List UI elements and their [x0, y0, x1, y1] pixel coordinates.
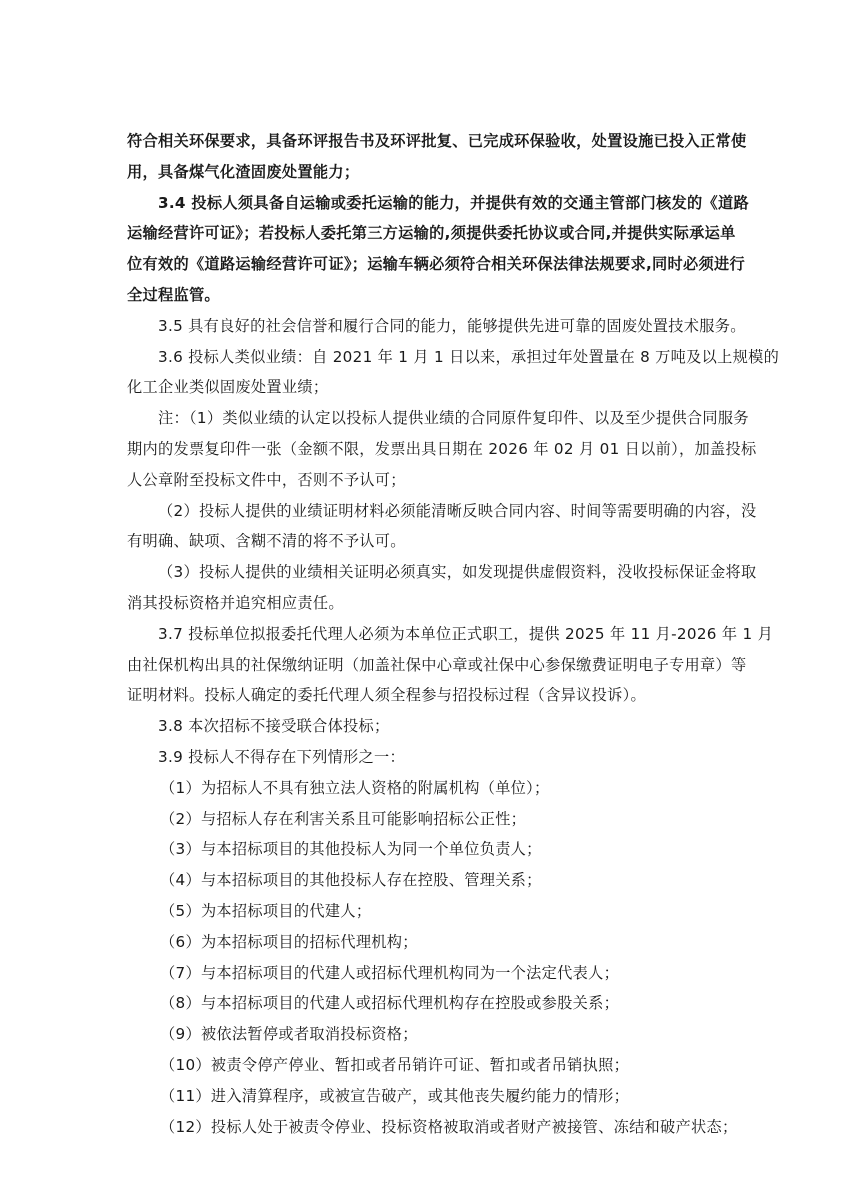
clause-3-5: 3.5 具有良好的社会信誉和履行合同的能力，能够提供先进可靠的固废处置技术服务。: [127, 311, 725, 342]
list-item: （4）与本招标项目的其他投标人存在控股、管理关系；: [127, 865, 725, 896]
text-line: 全过程监管。: [127, 280, 725, 311]
list-item: （9）被依法暂停或者取消投标资格；: [127, 1019, 725, 1050]
text-line: 位有效的《道路运输经营许可证》；运输车辆必须符合相关环保法律法规要求,同时必须进…: [127, 249, 725, 280]
text-line: 证明材料。投标人确定的委托代理人须全程参与招投标过程（含异议投诉）。: [127, 680, 725, 711]
document-page: 符合相关环保要求，具备环评报告书及环评批复、已完成环保验收，处置设施已投入正常使…: [127, 126, 725, 1142]
note-1: 注：（1）类似业绩的认定以投标人提供业绩的合同原件复印件、以及至少提供合同服务: [127, 403, 725, 434]
list-item: （2）与招标人存在利害关系且可能影响招标公正性；: [127, 804, 725, 835]
text-line: 符合相关环保要求，具备环评报告书及环评批复、已完成环保验收，处置设施已投入正常使: [127, 126, 725, 157]
clause-3-6: 3.6 投标人类似业绩：自 2021 年 1 月 1 日以来，承担过年处置量在 …: [127, 342, 725, 373]
text-line: 用，具备煤气化渣固废处置能力；: [127, 157, 725, 188]
list-item: （6）为本招标项目的招标代理机构；: [127, 927, 725, 958]
text-line: 有明确、缺项、含糊不清的将不予认可。: [127, 526, 725, 557]
text-line: 人公章附至投标文件中，否则不予认可；: [127, 465, 725, 496]
note-3: （3）投标人提供的业绩相关证明必须真实，如发现提供虚假资料，没收投标保证金将取: [127, 557, 725, 588]
text-line: 消其投标资格并追究相应责任。: [127, 588, 725, 619]
text-line: 由社保机构出具的社保缴纳证明（加盖社保中心章或社保中心参保缴费证明电子专用章）等: [127, 650, 725, 681]
clause-3-4: 3.4 投标人须具备自运输或委托运输的能力，并提供有效的交通主管部门核发的《道路: [127, 188, 725, 219]
note-2: （2）投标人提供的业绩证明材料必须能清晰反映合同内容、时间等需要明确的内容，没: [127, 496, 725, 527]
text-line: 化工企业类似固废处置业绩；: [127, 372, 725, 403]
clause-3-8: 3.8 本次招标不接受联合体投标；: [127, 711, 725, 742]
clause-3-9: 3.9 投标人不得存在下列情形之一：: [127, 742, 725, 773]
clause-3-7: 3.7 投标单位拟报委托代理人必须为本单位正式职工，提供 2025 年 11 月…: [127, 619, 725, 650]
text-line: 期内的发票复印件一张（金额不限，发票出具日期在 2026 年 02 月 01 日…: [127, 434, 725, 465]
list-item: （3）与本招标项目的其他投标人为同一个单位负责人；: [127, 834, 725, 865]
list-item: （7）与本招标项目的代建人或招标代理机构同为一个法定代表人；: [127, 958, 725, 989]
list-item: （5）为本招标项目的代建人；: [127, 896, 725, 927]
text-line: 运输经营许可证》；若投标人委托第三方运输的,须提供委托协议或合同,并提供实际承运…: [127, 218, 725, 249]
list-item: （8）与本招标项目的代建人或招标代理机构存在控股或参股关系；: [127, 988, 725, 1019]
list-item: （1）为招标人不具有独立法人资格的附属机构（单位）；: [127, 773, 725, 804]
list-item: （12）投标人处于被责令停业、投标资格被取消或者财产被接管、冻结和破产状态；: [127, 1112, 725, 1143]
list-item: （10）被责令停产停业、暂扣或者吊销许可证、暂扣或者吊销执照；: [127, 1050, 725, 1081]
list-item: （11）进入清算程序，或被宣告破产，或其他丧失履约能力的情形；: [127, 1081, 725, 1112]
